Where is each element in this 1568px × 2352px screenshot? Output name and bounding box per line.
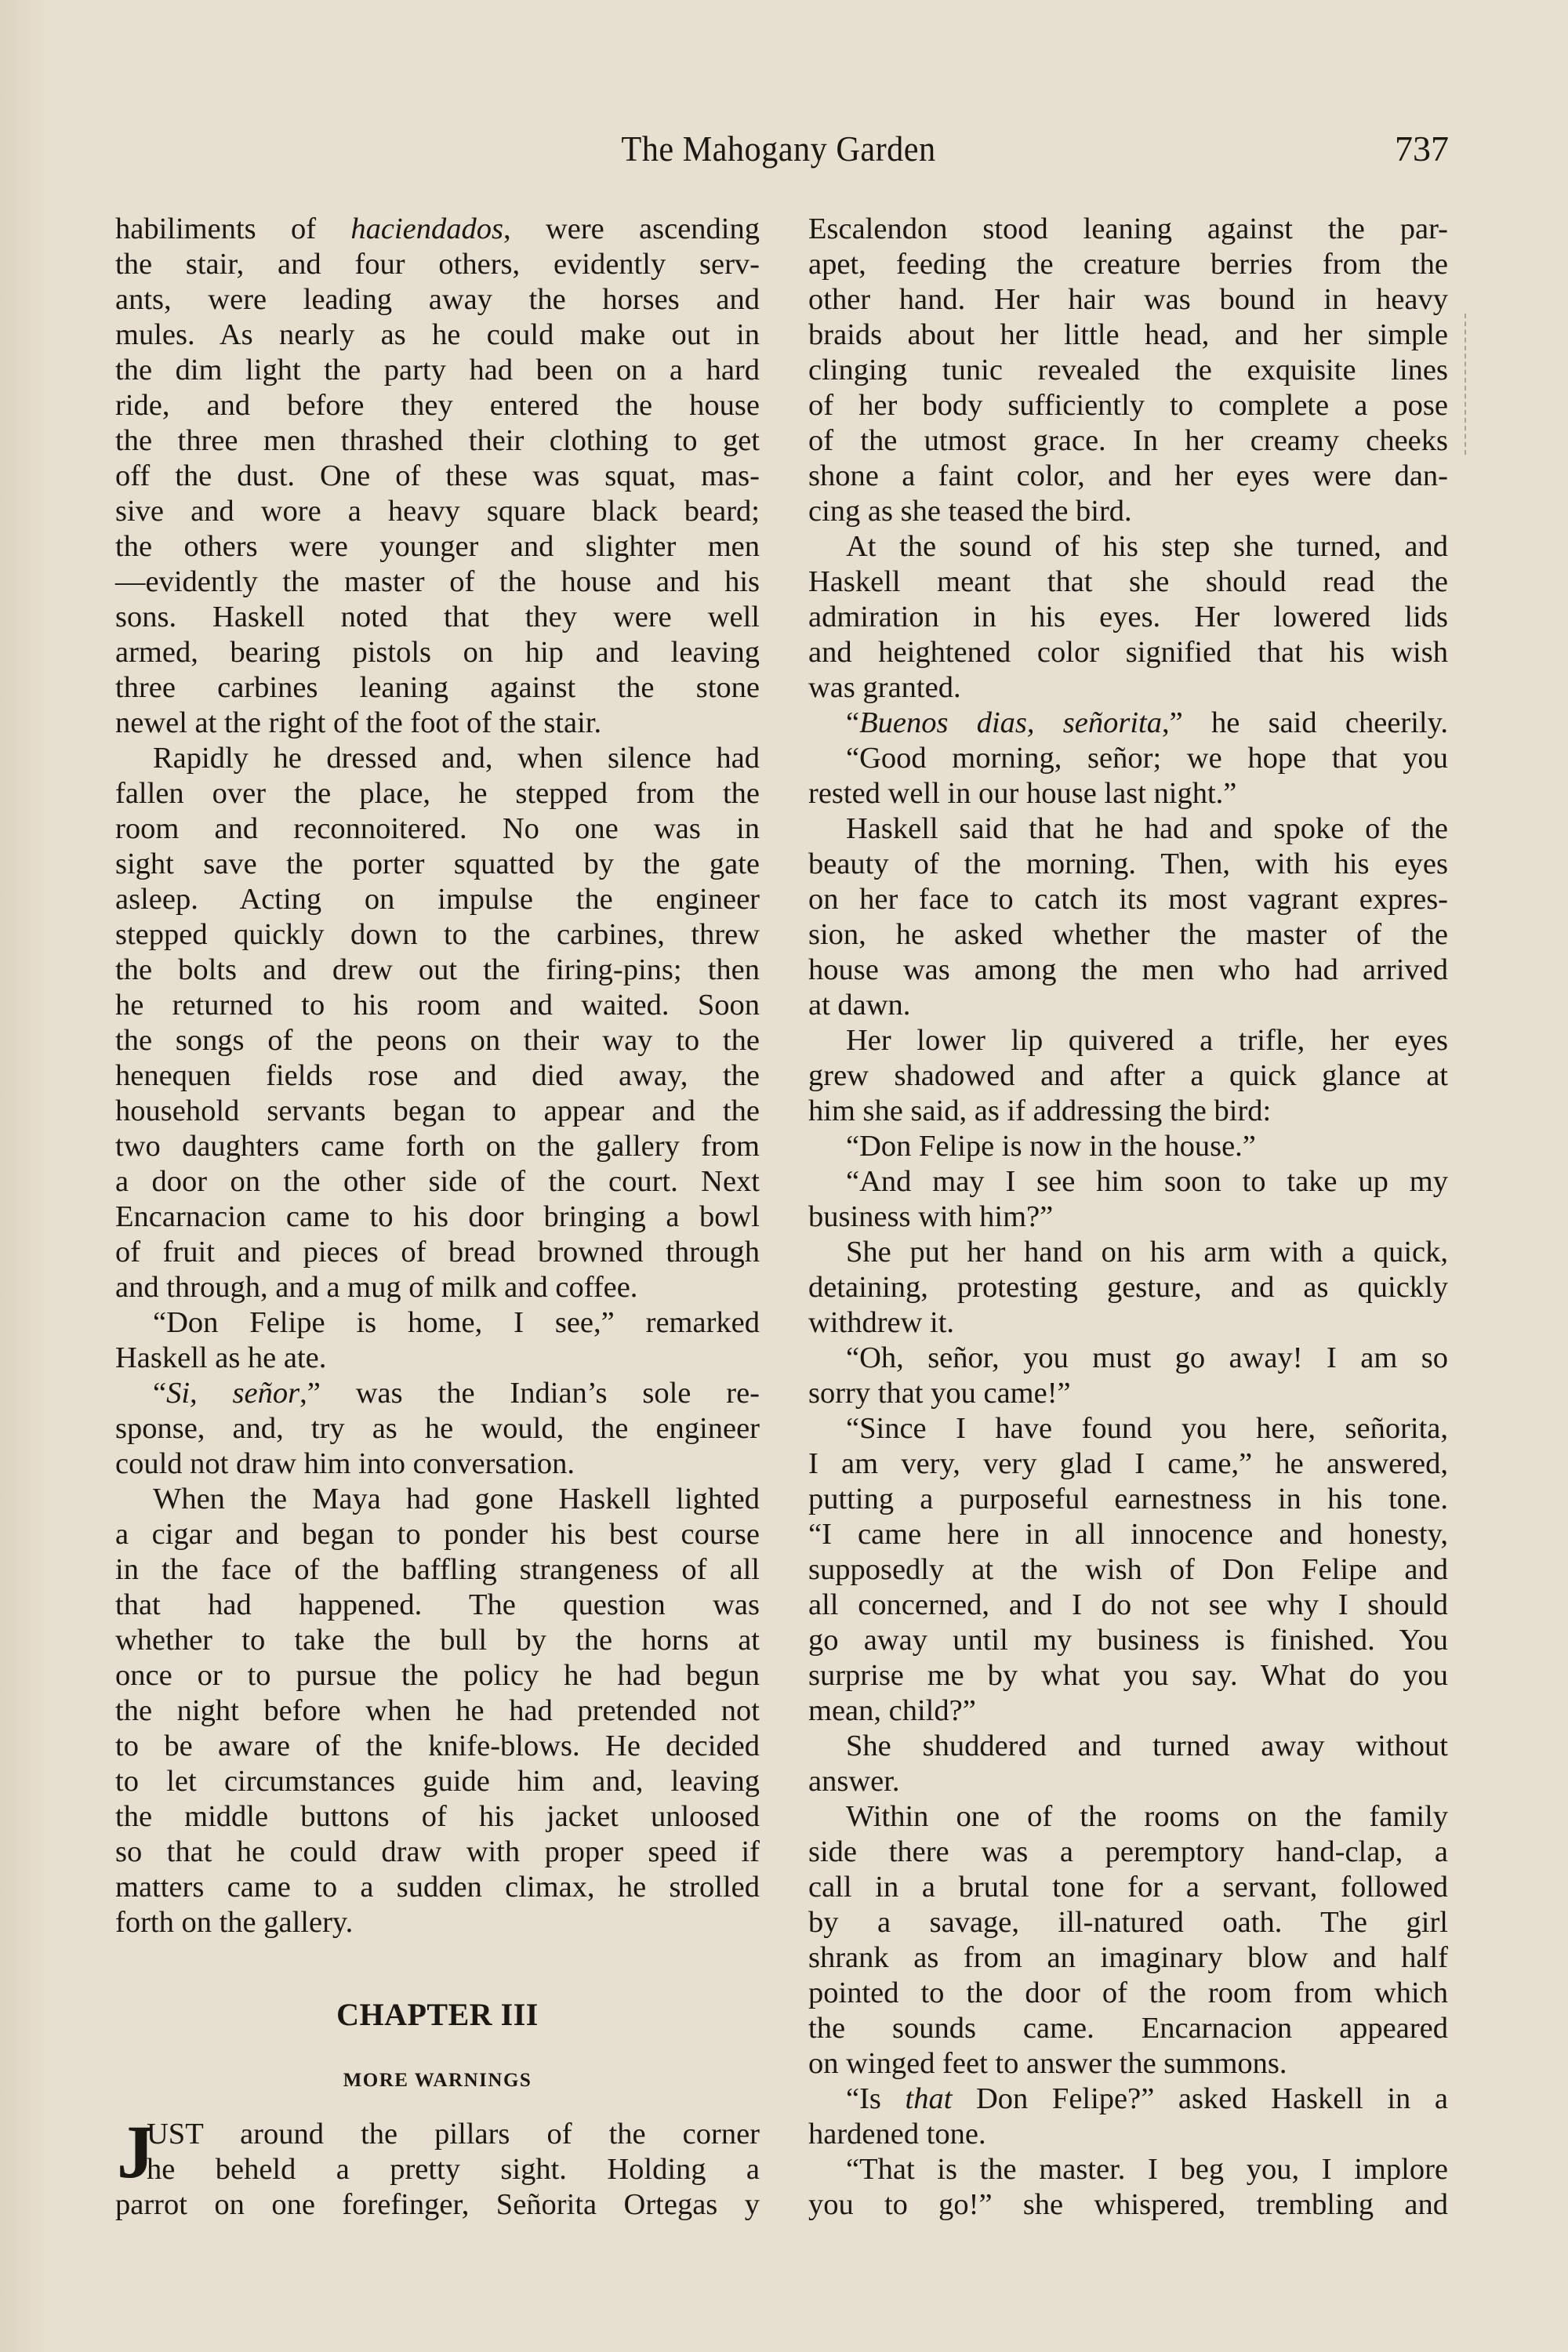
text-line: could not draw him into conversation. (115, 1446, 760, 1482)
text-line: a door on the other side of the court. N… (115, 1164, 760, 1200)
text-run: of her body sufficiently to complete a p… (808, 389, 1448, 422)
text-line: household servants began to appear and t… (115, 1094, 760, 1129)
text-line: at dawn. (808, 988, 1448, 1023)
text-run: She shuddered and turned away without (846, 1730, 1448, 1762)
text-line: the stair, and four others, evidently se… (115, 247, 760, 282)
text-run: other hand. Her hair was bound in heavy (808, 283, 1448, 316)
text-line: mules. As nearly as he could make out in (115, 318, 760, 353)
text-run: of the utmost grace. In her creamy cheek… (808, 424, 1448, 457)
text-line: answer. (808, 1764, 1448, 1799)
text-line: rested well in our house last night.” (808, 776, 1448, 811)
text-line: I am very, very glad I came,” he answere… (808, 1446, 1448, 1482)
text-line: admiration in his eyes. Her lowered lids (808, 600, 1448, 635)
text-line: “Good morning, señor; we hope that you (808, 741, 1448, 776)
text-line: surprise me by what you say. What do you (808, 1658, 1448, 1693)
text-run: sons. Haskell noted that they were well (115, 601, 760, 633)
text-line: parrot on one forefinger, Señorita Orteg… (115, 2187, 760, 2223)
text-run: Haskell meant that she should read the (808, 565, 1448, 598)
text-line: sight save the porter squatted by the ga… (115, 847, 760, 882)
text-run: beauty of the morning. Then, with his ey… (808, 848, 1448, 880)
text-line: “And may I see him soon to take up my (808, 1164, 1448, 1200)
text-line: once or to pursue the policy he had begu… (115, 1658, 760, 1693)
text-line: on winged feet to answer the summons. (808, 2046, 1448, 2082)
text-run: of fruit and pieces of bread browned thr… (115, 1236, 760, 1269)
left-text-column: habiliments of haciendados, were ascendi… (115, 212, 760, 1940)
text-run: a cigar and began to ponder his best cou… (115, 1518, 760, 1551)
text-line: and through, and a mug of milk and coffe… (115, 1270, 760, 1305)
text-run: was granted. (808, 671, 961, 704)
text-line: “Buenos dias, señorita,” he said cheeril… (808, 706, 1448, 741)
text-run: go away until my business is finished. Y… (808, 1624, 1448, 1657)
text-line: room and reconnoitered. No one was in (115, 811, 760, 847)
text-line: of her body sufficiently to complete a p… (808, 388, 1448, 423)
text-run: sponse, and, try as he would, the engine… (115, 1412, 760, 1445)
text-line: sorry that you came!” (808, 1376, 1448, 1411)
text-line: to let circumstances guide him and, leav… (115, 1764, 760, 1799)
text-run: the bolts and drew out the firing-pins; … (115, 953, 760, 986)
text-run: so that he could draw with proper speed … (115, 1835, 760, 1868)
text-run: to let circumstances guide him and, leav… (115, 1765, 760, 1798)
text-line: other hand. Her hair was bound in heavy (808, 282, 1448, 318)
italic-phrase: haciendados (350, 212, 503, 245)
text-line: Rapidly he dressed and, when silence had (115, 741, 760, 776)
text-run: , were ascending (503, 212, 760, 245)
text-line: apet, feeding the creature berries from … (808, 247, 1448, 282)
text-line: sion, he asked whether the master of the (808, 917, 1448, 953)
text-run: the others were younger and slighter men (115, 530, 760, 563)
text-run: pointed to the door of the room from whi… (808, 1976, 1448, 2009)
text-line: Her lower lip quivered a trifle, her eye… (808, 1023, 1448, 1058)
text-line: shrank as from an imaginary blow and hal… (808, 1940, 1448, 1976)
chapter-opening-paragraph: J UST around the pillars of the corner h… (115, 2117, 760, 2223)
text-run: withdrew it. (808, 1306, 954, 1339)
text-run: detaining, protesting gesture, and as qu… (808, 1271, 1448, 1304)
text-run: off the dust. One of these was squat, ma… (115, 459, 760, 492)
text-run: the night before when he had pretended n… (115, 1694, 760, 1727)
text-run: whether to take the bull by the horns at (115, 1624, 760, 1657)
text-run: all concerned, and I do not see why I sh… (808, 1588, 1448, 1621)
text-run: room and reconnoitered. No one was in (115, 812, 760, 845)
text-line: a cigar and began to ponder his best cou… (115, 1517, 760, 1552)
text-run: habiliments of (115, 212, 350, 245)
page-number: 737 (1395, 125, 1449, 172)
text-line: so that he could draw with proper speed … (115, 1835, 760, 1870)
text-line: of the utmost grace. In her creamy cheek… (808, 423, 1448, 459)
text-run: “I came here in all innocence and honest… (808, 1518, 1448, 1551)
text-run: the stair, and four others, evidently se… (115, 248, 760, 281)
text-run: the songs of the peons on their way to t… (115, 1024, 760, 1057)
text-line: three carbines leaning against the stone (115, 670, 760, 706)
text-run: he returned to his room and waited. Soon (115, 989, 760, 1022)
text-run: Her lower lip quivered a trifle, her eye… (846, 1024, 1448, 1057)
text-run: grew shadowed and after a quick glance a… (808, 1059, 1448, 1092)
text-line: on her face to catch its most vagrant ex… (808, 882, 1448, 917)
text-line: “Don Felipe is home, I see,” remarked (115, 1305, 760, 1341)
text-run: surprise me by what you say. What do you (808, 1659, 1448, 1692)
text-line: “Is that Don Felipe?” asked Haskell in a (808, 2082, 1448, 2117)
text-line: matters came to a sudden climax, he stro… (115, 1870, 760, 1905)
text-run: house was among the men who had arrived (808, 953, 1448, 986)
text-run: fallen over the place, he stepped from t… (115, 777, 760, 810)
text-line: of fruit and pieces of bread browned thr… (115, 1235, 760, 1270)
text-run: and through, and a mug of milk and coffe… (115, 1271, 637, 1304)
text-line: asleep. Acting on impulse the engineer (115, 882, 760, 917)
text-line: “Si, señor,” was the Indian’s sole re- (115, 1376, 760, 1411)
text-run: forth on the gallery. (115, 1906, 353, 1939)
text-run: “Don Felipe is home, I see,” remarked (153, 1306, 760, 1339)
drop-cap: J (117, 2118, 154, 2186)
text-line: newel at the right of the foot of the st… (115, 706, 760, 741)
text-line: She put her hand on his arm with a quick… (808, 1235, 1448, 1270)
text-line: “Don Felipe is now in the house.” (808, 1129, 1448, 1164)
text-run: Don Felipe?” asked Haskell in a (952, 2082, 1448, 2115)
text-run: Encarnacion came to his door bringing a … (115, 1200, 760, 1233)
text-run: Haskell said that he had and spoke of th… (846, 812, 1448, 845)
text-run: three carbines leaning against the stone (115, 671, 760, 704)
text-run: rested well in our house last night.” (808, 777, 1236, 810)
text-line: all concerned, and I do not see why I sh… (808, 1588, 1448, 1623)
text-run: “Don Felipe is now in the house.” (846, 1130, 1256, 1163)
text-line: the songs of the peons on their way to t… (115, 1023, 760, 1058)
text-run: Haskell as he ate. (115, 1341, 326, 1374)
text-line: two daughters came forth on the gallery … (115, 1129, 760, 1164)
text-line: sons. Haskell noted that they were well (115, 600, 760, 635)
text-run: answer. (808, 1765, 900, 1798)
text-run: putting a purposeful earnestness in his … (808, 1483, 1448, 1515)
right-text-column: Escalendon stood leaning against the par… (808, 212, 1448, 2223)
text-run: by a savage, ill-natured oath. The girl (808, 1906, 1448, 1939)
text-run: Within one of the rooms on the family (846, 1800, 1448, 1833)
text-line: armed, bearing pistols on hip and leavin… (115, 635, 760, 670)
text-run: sive and wore a heavy square black beard… (115, 495, 760, 528)
text-line: Encarnacion came to his door bringing a … (115, 1200, 760, 1235)
text-run: Rapidly he dressed and, when silence had (153, 742, 760, 775)
text-run: could not draw him into conversation. (115, 1447, 575, 1480)
text-line: henequen fields rose and died away, the (115, 1058, 760, 1094)
text-line: habiliments of haciendados, were ascendi… (115, 212, 760, 247)
italic-phrase: Buenos dias, señorita (859, 706, 1162, 739)
text-line: Haskell said that he had and spoke of th… (808, 811, 1448, 847)
text-run: once or to pursue the policy he had begu… (115, 1659, 760, 1692)
text-line: the bolts and drew out the firing-pins; … (115, 953, 760, 988)
text-line: ride, and before they entered the house (115, 388, 760, 423)
text-line: to be aware of the knife-blows. He decid… (115, 1729, 760, 1764)
text-run: “Since I have found you here, señorita, (846, 1412, 1448, 1445)
text-line: and heightened color signified that his … (808, 635, 1448, 670)
text-run: shone a faint color, and her eyes were d… (808, 459, 1448, 492)
text-line: the night before when he had pretended n… (115, 1693, 760, 1729)
text-line: hardened tone. (808, 2117, 1448, 2152)
text-line: the sounds came. Encarnacion appeared (808, 2011, 1448, 2046)
text-line: the dim light the party had been on a ha… (115, 353, 760, 388)
text-run: supposedly at the wish of Don Felipe and (808, 1553, 1448, 1586)
text-run: —evidently the master of the house and h… (115, 565, 760, 598)
text-run: the sounds came. Encarnacion appeared (808, 2012, 1448, 2045)
text-run: Escalendon stood leaning against the par… (808, 212, 1448, 245)
text-line: pointed to the door of the room from whi… (808, 1976, 1448, 2011)
text-line: cing as she teased the bird. (808, 494, 1448, 529)
text-run: “Oh, señor, you must go away! I am so (846, 1341, 1448, 1374)
text-run: newel at the right of the foot of the st… (115, 706, 601, 739)
text-line: house was among the men who had arrived (808, 953, 1448, 988)
text-line: “I came here in all innocence and honest… (808, 1517, 1448, 1552)
text-run: At the sound of his step she turned, and (846, 530, 1448, 563)
text-line: forth on the gallery. (115, 1905, 760, 1940)
text-line: clinging tunic revealed the exquisite li… (808, 353, 1448, 388)
text-run: household servants began to appear and t… (115, 1094, 760, 1127)
italic-phrase: that (906, 2082, 953, 2115)
text-line: sponse, and, try as he would, the engine… (115, 1411, 760, 1446)
text-run: him she said, as if addressing the bird: (808, 1094, 1271, 1127)
text-run: asleep. Acting on impulse the engineer (115, 883, 760, 916)
text-run: side there was a peremptory hand-clap, a (808, 1835, 1448, 1868)
text-line: “Since I have found you here, señorita, (808, 1411, 1448, 1446)
text-run: ,” was the Indian’s sole re- (299, 1377, 760, 1410)
text-run: ants, were leading away the horses and (115, 283, 760, 316)
text-run: the dim light the party had been on a ha… (115, 354, 760, 387)
text-line: the three men thrashed their clothing to… (115, 423, 760, 459)
text-run: “Is (846, 2082, 906, 2115)
text-line: Escalendon stood leaning against the par… (808, 212, 1448, 247)
text-run: the three men thrashed their clothing to… (115, 424, 760, 457)
text-run: mean, child?” (808, 1694, 976, 1727)
text-line: When the Maya had gone Haskell lighted (115, 1482, 760, 1517)
text-run: “And may I see him soon to take up my (846, 1165, 1448, 1198)
text-run: stepped quickly down to the carbines, th… (115, 918, 760, 951)
text-line: he beheld a pretty sight. Holding a (115, 2152, 760, 2187)
text-line: business with him?” (808, 1200, 1448, 1235)
text-run: “ (846, 706, 859, 739)
text-line: was granted. (808, 670, 1448, 706)
text-run: admiration in his eyes. Her lowered lids (808, 601, 1448, 633)
text-run: at dawn. (808, 989, 910, 1022)
text-line: go away until my business is finished. Y… (808, 1623, 1448, 1658)
text-run: sorry that you came!” (808, 1377, 1071, 1410)
text-line: Within one of the rooms on the family (808, 1799, 1448, 1835)
text-line: fallen over the place, he stepped from t… (115, 776, 760, 811)
text-line: detaining, protesting gesture, and as qu… (808, 1270, 1448, 1305)
print-artifact-mark (1465, 314, 1466, 455)
text-run: When the Maya had gone Haskell lighted (153, 1483, 760, 1515)
text-run: two daughters came forth on the gallery … (115, 1130, 760, 1163)
text-line: putting a purposeful earnestness in his … (808, 1482, 1448, 1517)
text-run: henequen fields rose and died away, the (115, 1059, 760, 1092)
chapter-title: CHAPTER III (115, 1995, 760, 2034)
text-line: in the face of the baffling strangeness … (115, 1552, 760, 1588)
text-run: you to go!” she whispered, trembling and (808, 2188, 1448, 2221)
text-run: armed, bearing pistols on hip and leavin… (115, 636, 760, 669)
text-line: beauty of the morning. Then, with his ey… (808, 847, 1448, 882)
text-line: sive and wore a heavy square black beard… (115, 494, 760, 529)
text-line: whether to take the bull by the horns at (115, 1623, 760, 1658)
text-run: on winged feet to answer the summons. (808, 2047, 1287, 2080)
text-run: in the face of the baffling strangeness … (115, 1553, 760, 1586)
text-run: “ (153, 1377, 166, 1410)
text-line: he returned to his room and waited. Soon (115, 988, 760, 1023)
text-line: UST around the pillars of the corner (115, 2117, 760, 2152)
text-line: call in a brutal tone for a servant, fol… (808, 1870, 1448, 1905)
text-run: mules. As nearly as he could make out in (115, 318, 760, 351)
text-run: a door on the other side of the court. N… (115, 1165, 760, 1198)
text-line: withdrew it. (808, 1305, 1448, 1341)
text-line: supposedly at the wish of Don Felipe and (808, 1552, 1448, 1588)
text-run: “Good morning, señor; we hope that you (846, 742, 1448, 775)
text-run: that had happened. The question was (115, 1588, 760, 1621)
italic-phrase: Si, señor (166, 1377, 299, 1410)
text-run: on her face to catch its most vagrant ex… (808, 883, 1448, 916)
text-line: mean, child?” (808, 1693, 1448, 1729)
text-line: —evidently the master of the house and h… (115, 564, 760, 600)
text-line: shone a faint color, and her eyes were d… (808, 459, 1448, 494)
text-run: and heightened color signified that his … (808, 636, 1448, 669)
text-line: grew shadowed and after a quick glance a… (808, 1058, 1448, 1094)
text-line: by a savage, ill-natured oath. The girl (808, 1905, 1448, 1940)
text-line: Haskell meant that she should read the (808, 564, 1448, 600)
text-run: call in a brutal tone for a servant, fol… (808, 1871, 1448, 1904)
text-run: matters came to a sudden climax, he stro… (115, 1871, 760, 1904)
text-line: braids about her little head, and her si… (808, 318, 1448, 353)
running-title: The Mahogany Garden (567, 125, 989, 172)
text-run: hardened tone. (808, 2118, 986, 2151)
text-run: to be aware of the knife-blows. He decid… (115, 1730, 760, 1762)
running-head: The Mahogany Garden 737 (0, 125, 1568, 172)
page-gutter-shadow (0, 0, 47, 2352)
text-run: sion, he asked whether the master of the (808, 918, 1448, 951)
chapter-subtitle: MORE WARNINGS (115, 2067, 760, 2094)
text-line: stepped quickly down to the carbines, th… (115, 917, 760, 953)
text-line: him she said, as if addressing the bird: (808, 1094, 1448, 1129)
text-line: off the dust. One of these was squat, ma… (115, 459, 760, 494)
text-run: cing as she teased the bird. (808, 495, 1132, 528)
text-line: that had happened. The question was (115, 1588, 760, 1623)
text-run: clinging tunic revealed the exquisite li… (808, 354, 1448, 387)
text-line: She shuddered and turned away without (808, 1729, 1448, 1764)
text-run: ,” he said cheerily. (1162, 706, 1448, 739)
text-run: She put her hand on his arm with a quick… (846, 1236, 1448, 1269)
text-run: “That is the master. I beg you, I implor… (846, 2153, 1448, 2186)
text-line: you to go!” she whispered, trembling and (808, 2187, 1448, 2223)
text-run: sight save the porter squatted by the ga… (115, 848, 760, 880)
text-run: I am very, very glad I came,” he answere… (808, 1447, 1448, 1480)
text-line: the middle buttons of his jacket unloose… (115, 1799, 760, 1835)
text-run: shrank as from an imaginary blow and hal… (808, 1941, 1448, 1974)
text-run: business with him?” (808, 1200, 1053, 1233)
text-run: braids about her little head, and her si… (808, 318, 1448, 351)
text-run: apet, feeding the creature berries from … (808, 248, 1448, 281)
text-line: Haskell as he ate. (115, 1341, 760, 1376)
text-line: ants, were leading away the horses and (115, 282, 760, 318)
text-line: At the sound of his step she turned, and (808, 529, 1448, 564)
text-line: “Oh, señor, you must go away! I am so (808, 1341, 1448, 1376)
text-run: the middle buttons of his jacket unloose… (115, 1800, 760, 1833)
text-line: side there was a peremptory hand-clap, a (808, 1835, 1448, 1870)
text-line: “That is the master. I beg you, I implor… (808, 2152, 1448, 2187)
text-run: ride, and before they entered the house (115, 389, 760, 422)
text-line: the others were younger and slighter men (115, 529, 760, 564)
